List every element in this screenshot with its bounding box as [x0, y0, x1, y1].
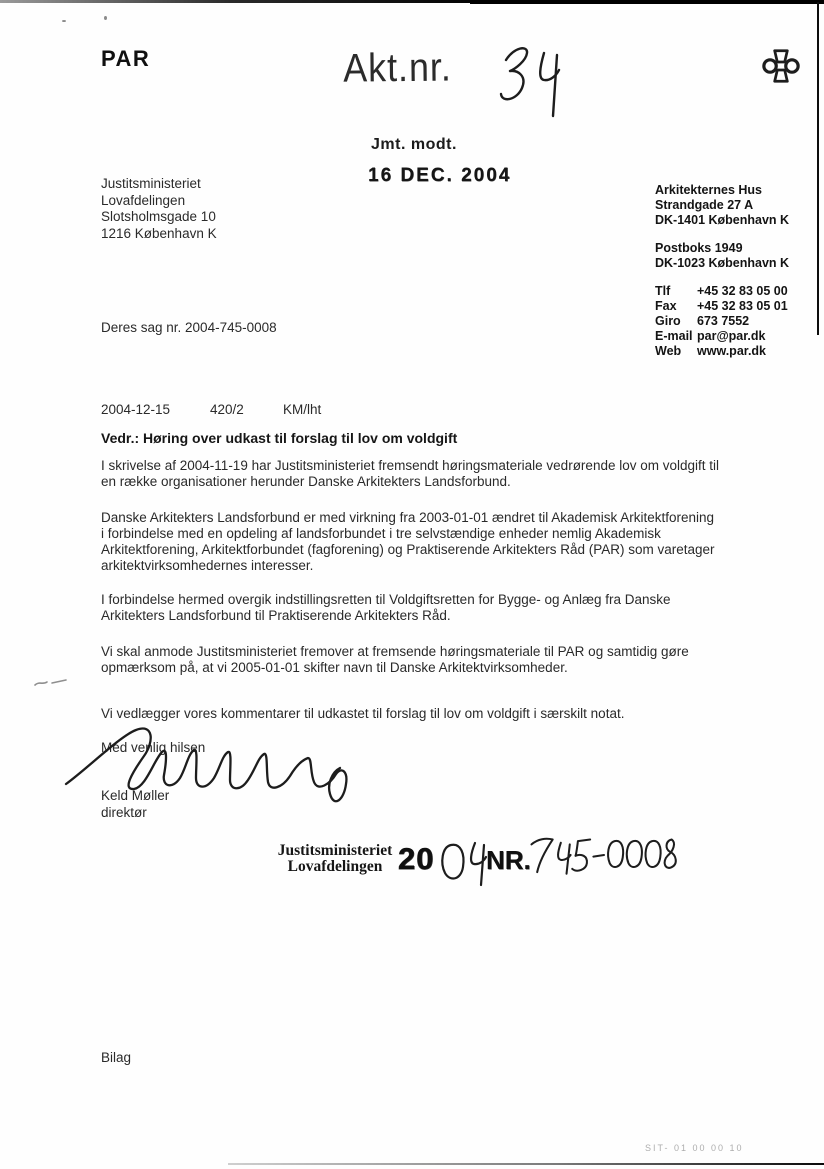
- body-paragraph: Danske Arkitekters Landsforbund er med v…: [101, 510, 719, 574]
- contact-row-giro: Giro 673 7552: [655, 314, 789, 329]
- contact-row-email: E-mail par@par.dk: [655, 329, 789, 344]
- body-paragraph: Vi vedlægger vores kommentarer til udkas…: [101, 706, 719, 722]
- scan-bottom-edge-line: [228, 1163, 824, 1165]
- scan-speck: [104, 16, 107, 20]
- sender-address-line: DK-1401 København K: [655, 213, 789, 228]
- registry-stamp-line: Justitsministeriet: [270, 843, 400, 859]
- akt-nr-handwritten-label: Akt.nr.: [343, 45, 452, 91]
- registry-stamp-text: Justitsministeriet Lovafdelingen: [270, 843, 400, 874]
- sender-contacts: Tlf +45 32 83 05 00 Fax +45 32 83 05 01 …: [655, 284, 789, 359]
- registry-stamp-printed-nr: NR.: [486, 845, 531, 876]
- scan-speck: [62, 20, 66, 22]
- received-date-stamp: 16 DEC. 2004: [368, 165, 511, 187]
- clover-logo-icon: [761, 49, 801, 83]
- registry-handwritten-year: [436, 838, 488, 888]
- contact-label: Fax: [655, 299, 697, 314]
- registry-handwritten-number: [528, 833, 680, 877]
- recipient-address-block: Justitsministeriet Lovafdelingen Slotsho…: [101, 176, 217, 242]
- signer-name: Keld Møller: [101, 788, 169, 803]
- your-case-reference: Deres sag nr. 2004-745-0008: [101, 320, 277, 335]
- contact-value: +45 32 83 05 00: [697, 284, 788, 299]
- contact-label: E-mail: [655, 329, 697, 344]
- scanned-letter-page: PAR Akt.nr. Jmt. modt. 16 DEC. 2004 Just…: [0, 0, 824, 1169]
- sender-postbox-line: DK-1023 København K: [655, 256, 789, 271]
- contact-value: 673 7552: [697, 314, 749, 329]
- sender-postbox: Postboks 1949 DK-1023 København K: [655, 241, 789, 271]
- signer-title: direktør: [101, 805, 147, 820]
- contact-value: par@par.dk: [697, 329, 765, 344]
- writer-initials: KM/lht: [283, 402, 321, 417]
- contact-label: Web: [655, 344, 697, 359]
- scan-top-edge-dark: [470, 0, 824, 4]
- sender-address-line: Arkitekternes Hus: [655, 183, 789, 198]
- recipient-line: Slotsholmsgade 10: [101, 209, 217, 226]
- received-stamp-text: Jmt. modt.: [371, 136, 457, 154]
- body-paragraph: I skrivelse af 2004-11-19 har Justitsmin…: [101, 458, 719, 490]
- body-paragraph: Vi skal anmode Justitsministeriet fremov…: [101, 644, 719, 676]
- body-paragraph: I forbindelse hermed overgik indstilling…: [101, 592, 719, 624]
- contact-label: Tlf: [655, 284, 697, 299]
- contact-label: Giro: [655, 314, 697, 329]
- recipient-line: Justitsministeriet: [101, 176, 217, 193]
- subject-line: Vedr.: Høring over udkast til forslag ti…: [101, 430, 457, 446]
- letter-date: 2004-12-15: [101, 402, 170, 417]
- recipient-line: 1216 København K: [101, 226, 217, 243]
- contact-row-phone: Tlf +45 32 83 05 00: [655, 284, 789, 299]
- contact-value: +45 32 83 05 01: [697, 299, 788, 314]
- recipient-line: Lovafdelingen: [101, 193, 217, 210]
- journal-number: 420/2: [210, 402, 244, 417]
- contact-row-web: Web www.par.dk: [655, 344, 789, 359]
- contact-row-fax: Fax +45 32 83 05 01: [655, 299, 789, 314]
- attachment-note: Bilag: [101, 1050, 131, 1065]
- registry-stamp-line: Lovafdelingen: [270, 859, 400, 875]
- contact-value: www.par.dk: [697, 344, 766, 359]
- par-logo-text: PAR: [101, 46, 150, 72]
- scan-right-edge-line: [817, 2, 819, 335]
- sender-address-line: Strandgade 27 A: [655, 198, 789, 213]
- margin-pencil-mark: [32, 672, 74, 692]
- faded-footer-fragment: SIT- 01 00 00 10: [645, 1143, 744, 1153]
- sender-info-block: Arkitekternes Hus Strandgade 27 A DK-140…: [655, 183, 789, 372]
- sender-address: Arkitekternes Hus Strandgade 27 A DK-140…: [655, 183, 789, 228]
- sender-postbox-line: Postboks 1949: [655, 241, 789, 256]
- registry-stamp-printed-prefix: 20: [398, 841, 434, 877]
- akt-nr-handwritten-value: [494, 42, 574, 124]
